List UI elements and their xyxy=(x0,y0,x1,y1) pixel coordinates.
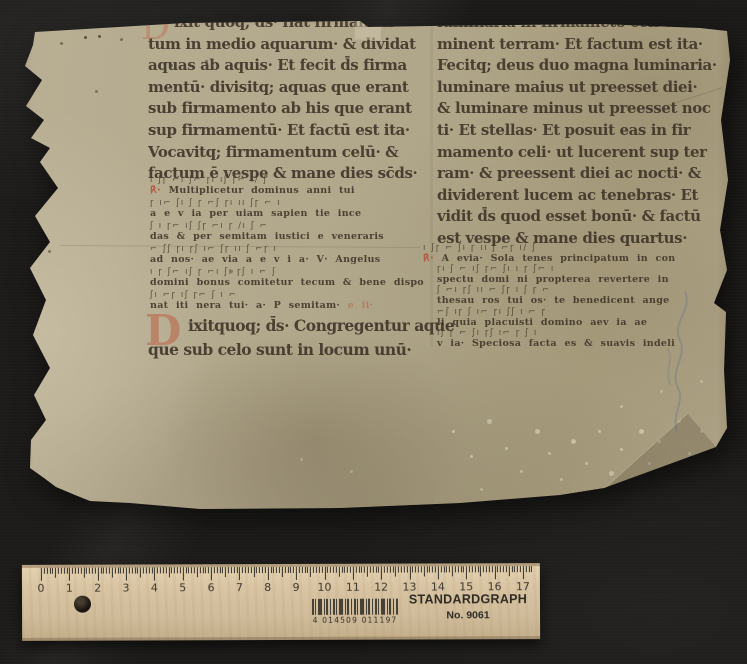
ruler-tick xyxy=(469,566,470,572)
wooden-ruler: 01234567891011121314151617 4 014509 0111… xyxy=(22,563,540,641)
ruler-tick xyxy=(208,567,209,573)
chant-text: thesau ros tui os· te benedicent ange xyxy=(437,295,669,306)
ruler-tick xyxy=(137,567,138,573)
ruler-tick xyxy=(197,567,198,577)
ruler-tick xyxy=(384,567,385,573)
ruler-cm-number: 8 xyxy=(264,581,271,594)
ruler-tick xyxy=(251,567,252,573)
ruler-tick xyxy=(336,567,337,573)
ruler-tick xyxy=(449,566,450,572)
ruler-tick xyxy=(171,567,172,573)
ruler-model-number: No. 9061 xyxy=(408,609,528,621)
ruler-tick xyxy=(460,566,461,572)
ruler-tick xyxy=(421,567,422,573)
ruler-tick xyxy=(219,567,220,573)
ruler-tick xyxy=(429,566,430,572)
ruler-tick xyxy=(330,567,331,573)
ruler-tick xyxy=(407,567,408,573)
neume-row: ʃ ⌐ı ɼʃ ıı ⌐ ʃɼ ı ʃ ɼ ⌐ xyxy=(437,286,669,295)
chant-line: ı ɼ ʃ⌐ ıʃ ɼ ⌐ı ʃı ɼʃ ı ⌐ ʃdomini bonus c… xyxy=(150,268,424,289)
ruler-cm-number: 4 xyxy=(151,581,158,594)
ruler-tick xyxy=(322,567,323,573)
chant-text: das & per semitam iustici e veneraris xyxy=(150,231,384,242)
ruler-tick xyxy=(432,566,433,572)
ruler-tick xyxy=(86,568,87,574)
ruler-tick xyxy=(259,567,260,573)
ruler-tick xyxy=(293,567,294,573)
ruler-cm-number: 5 xyxy=(179,581,186,594)
ruler-tick xyxy=(364,567,365,573)
ruler-tick xyxy=(98,568,99,581)
ruler-tick xyxy=(370,567,371,573)
ruler-tick xyxy=(409,567,410,580)
chant-line: ʃ ı ɼ⌐ ıʃ ʃɼ ⌐ı ɼ ∕ı ʃ ⌐das & per semita… xyxy=(150,222,384,243)
ruler-tick xyxy=(146,567,147,573)
ruler-tick xyxy=(183,567,184,580)
ruler-tick xyxy=(103,568,104,574)
marginal-inscription-pencil xyxy=(655,288,701,438)
ruler-tick xyxy=(531,566,532,572)
chant-text: Multiplicetur dominus anni tui xyxy=(169,185,355,196)
ruler-tick xyxy=(347,567,348,573)
ruler-tick xyxy=(438,566,439,579)
ruler-tick xyxy=(109,568,110,574)
ruler-tick xyxy=(126,568,127,581)
ruler-tick xyxy=(185,567,186,573)
manuscript-line: ram· & preessent diei ac nocti· & xyxy=(437,164,701,182)
ruler-tick xyxy=(222,567,223,573)
manuscript-line: & luminare minus ut preesset noc xyxy=(437,99,711,117)
chant-line: ʃ ⌐ı ɼʃ ıı ⌐ ʃɼ ı ʃ ɼ ⌐thesau ros tui os… xyxy=(437,286,669,307)
ruler-tick xyxy=(143,567,144,573)
ruler-tick xyxy=(163,567,164,573)
ruler-tick xyxy=(188,567,189,573)
ruler-tick xyxy=(285,567,286,573)
ruler-tick xyxy=(302,567,303,573)
manuscript-line: minent terram· Et factum est ita· xyxy=(437,35,703,53)
neume-row: ı ɼ ʃ⌐ ıʃ ɼ ⌐ı ʃı ɼʃ ı ⌐ ʃ xyxy=(150,268,424,277)
tape-fragment xyxy=(354,18,381,40)
chant-line: ıʃ ɼ ⌐ ʃı ɼʃ ı⌐ ɼ ʃ ıv ia· Speciosa fact… xyxy=(437,329,675,350)
ruler-cm-number: 2 xyxy=(94,582,101,595)
chant-text-line: domini bonus comitetur tecum & bene disp… xyxy=(150,277,424,289)
ruler-tick xyxy=(234,567,235,573)
ruler-tick xyxy=(123,568,124,574)
ruler-tick xyxy=(520,566,521,572)
manuscript-line: sub firmamento ab his que erant xyxy=(148,99,412,117)
chant-text-line: ad nos· ae via a e v i a· V· Angelus xyxy=(150,254,380,266)
ruler-tick xyxy=(69,568,70,581)
ruler-tick xyxy=(452,566,453,576)
ruler-tick xyxy=(200,567,201,573)
manuscript-line: sup firmamentū· Et factū est ita· xyxy=(148,121,410,139)
manuscript-line: Vocavitq; firmamentum celū· & xyxy=(148,143,398,161)
ruler-tick xyxy=(500,566,501,572)
ruler-tick xyxy=(310,567,311,577)
barcode xyxy=(312,599,398,615)
ruler-tick xyxy=(353,567,354,580)
manuscript-line: que sub celo sunt in locum unū· xyxy=(148,340,411,359)
barcode-number: 4 014509 011197 xyxy=(304,616,406,625)
ruler-tick xyxy=(117,568,118,574)
ruler-tick xyxy=(166,567,167,573)
ruler-tick xyxy=(523,566,524,579)
ruler-brand-label: STANDARDGRAPH xyxy=(408,592,528,606)
ruler-tick xyxy=(149,567,150,573)
ruler-cm-number: 7 xyxy=(236,581,243,594)
chant-text: v ia· Speciosa facta es & suavis indeli xyxy=(437,338,675,349)
ruler-tick xyxy=(61,568,62,574)
manuscript-line: Fecitq; deus duo magna luminaria· xyxy=(437,56,717,74)
ruler-tick xyxy=(375,567,376,573)
ruler-tick xyxy=(75,568,76,574)
ruler-tick xyxy=(486,566,487,572)
ruler-tick xyxy=(95,568,96,574)
chant-line: ı ʃɼ ⌐ ʃı ɼ ıı ʃ ⌐ɼ ı∕ ʃ℟· A evia· Sola … xyxy=(423,244,675,265)
ruler-tick xyxy=(324,567,325,580)
ruler-tick xyxy=(205,567,206,573)
neume-row: ⌐ʃ ıɼ ʃ ı⌐ ɼı ʃʃ ı ⌐ ɼ xyxy=(437,308,647,317)
ruler-tick xyxy=(168,567,169,577)
chant-line: ʃı ⌐ɼ ıʃ ɼ⌐ ʃ ı ⌐nat iti nera tui· a· P … xyxy=(150,291,373,312)
chant-text-line: li quia placuisti domino aev ia ae xyxy=(437,317,647,329)
ruler-tick xyxy=(120,568,121,574)
ruler-tick xyxy=(415,567,416,573)
ruler-tick xyxy=(333,567,334,573)
chant-text: spectu domi ni propterea revertere in xyxy=(437,274,669,285)
ruler-tick xyxy=(47,568,48,574)
ruler-tick xyxy=(358,567,359,573)
ruler-cm-number: 10 xyxy=(317,581,331,594)
ruler-tick xyxy=(151,567,152,573)
ruler-tick xyxy=(66,568,67,574)
ruler-tick xyxy=(58,568,59,574)
ruler-tick xyxy=(313,567,314,573)
chant-text: ad nos· ae via a e v i a· V· Angelus xyxy=(150,254,380,265)
ruler-tick xyxy=(180,567,181,573)
ruler-tick xyxy=(299,567,300,573)
ruler-tick xyxy=(288,567,289,573)
ruler-tick xyxy=(418,567,419,573)
ruler-tick xyxy=(458,566,459,572)
ruler-tick xyxy=(392,567,393,573)
ruler-tick xyxy=(115,568,116,574)
ruler-tick xyxy=(463,566,464,572)
ruler-tick xyxy=(129,568,130,574)
ruler-tick xyxy=(157,567,158,573)
ruler-tick xyxy=(242,567,243,573)
manuscript-line: vidit d̄s quod esset bonū· & factū xyxy=(437,207,701,225)
ruler-tick xyxy=(174,567,175,573)
ruler-tick xyxy=(92,568,93,574)
ruler-tick xyxy=(475,566,476,572)
ruler-tick xyxy=(404,567,405,573)
chant-text-line: das & per semitam iustici e veneraris xyxy=(150,231,384,243)
chant-text-line: ℟· Multiplicetur dominus anni tui xyxy=(150,185,355,197)
ruler-tick xyxy=(268,567,269,580)
ruler-tick xyxy=(228,567,229,573)
ruler-tick xyxy=(305,567,306,573)
ruler-cm-number: 11 xyxy=(346,581,360,594)
ruler-tick xyxy=(477,566,478,572)
dark-speckles xyxy=(84,36,87,39)
manuscript-line: ixitquoq; d̄s· Congregentur aque xyxy=(148,316,454,335)
ruler-tick xyxy=(356,567,357,573)
white-speckles xyxy=(452,430,455,433)
chant-line: ⌐ ʃʃ ɼı ɼʃ ı⌐ ʃɼ ıı ʃ ⌐ɼ ıad nos· ae via… xyxy=(150,245,380,266)
ruler-tick xyxy=(489,566,490,572)
ruler-tick xyxy=(106,568,107,574)
ruler-tick xyxy=(154,567,155,580)
ruler-tick xyxy=(140,567,141,577)
chant-line: ⌐ʃ ıɼ ʃ ı⌐ ɼı ʃʃ ı ⌐ ɼli quia placuisti … xyxy=(437,308,647,329)
chant-text: a e v ia per uiam sapien tie ince xyxy=(150,208,361,219)
chant-text-line: ℟· A evia· Sola tenes principatum in con xyxy=(423,253,675,265)
ruler-tick xyxy=(236,567,237,573)
ruler-tick xyxy=(194,567,195,573)
ruler-tick xyxy=(134,568,135,574)
manuscript-line: aquas ab aquis· Et fecit d̄s firma xyxy=(148,56,407,74)
ruler-tick xyxy=(256,567,257,573)
ruler-tick xyxy=(296,567,297,580)
chant-line: ɼı ʃ ⌐ ıʃ ɼ⌐ ʃı ı ɼ ʃ⌐ ıspectu domi ni p… xyxy=(437,265,669,286)
ruler-tick xyxy=(509,566,510,576)
ruler-tick xyxy=(290,567,291,573)
manuscript-line: ti· Et stellas· Et posuit eas in fir xyxy=(437,121,690,139)
ruler-cm-number: 1 xyxy=(66,582,73,595)
ruler-tick xyxy=(492,566,493,572)
ruler-tick xyxy=(273,567,274,573)
ruler-tick xyxy=(248,567,249,573)
ruler-tick xyxy=(245,567,246,573)
ruler-tick xyxy=(49,568,50,574)
ruler-tick xyxy=(466,566,467,579)
ruler-tick xyxy=(307,567,308,573)
ruler-tick xyxy=(373,567,374,573)
ruler-tick xyxy=(503,566,504,572)
ruler-tick xyxy=(64,568,65,574)
ruler-tick xyxy=(398,567,399,573)
ruler-tick xyxy=(387,567,388,573)
ruler-tick xyxy=(225,567,226,577)
ruler-tick xyxy=(424,566,425,576)
ruler-tick xyxy=(217,567,218,573)
ruler-tick xyxy=(177,567,178,573)
ruler-tick xyxy=(160,567,161,573)
ruler-tick xyxy=(100,568,101,574)
ruler-tick xyxy=(441,566,442,572)
neume-row: ɼı ʃ ⌐ ıʃ ɼ⌐ ʃı ı ɼ ʃ⌐ ı xyxy=(437,265,669,274)
ruler-tick xyxy=(271,567,272,573)
ruler-tick xyxy=(339,567,340,577)
neume-row: ıʃ ɼ ⌐ ʃı ɼʃ ı⌐ ɼ ʃ ı xyxy=(437,329,675,338)
ruler-tick xyxy=(231,567,232,573)
ruler-tick xyxy=(214,567,215,573)
chant-line: ı ʃɼ ⌐ı ʃ⌐ ɼı ıʃ ɼ⌐ ı∕ ʃ℟· Multiplicetur… xyxy=(150,176,355,197)
chant-text: li quia placuisti domino aev ia ae xyxy=(437,317,647,328)
ruler-cm-number: 6 xyxy=(208,581,215,594)
ruler-tick xyxy=(72,568,73,574)
ruler-tick xyxy=(211,567,212,580)
chant-text-line: spectu domi ni propterea revertere in xyxy=(437,274,669,286)
ruler-tick xyxy=(316,567,317,573)
chant-text-line: nat iti nera tui· a· P semitam· e ii· xyxy=(150,300,373,312)
chant-line: ɼ ı⌐ ʃı ʃ ɼ ⌐ʃ ɼı ıı ʃɼ ⌐ ıa e v ia per … xyxy=(150,199,361,220)
ruler-tick xyxy=(390,567,391,573)
ruler-tick xyxy=(319,567,320,573)
ruler-tick xyxy=(514,566,515,572)
neume-row: ɼ ı⌐ ʃı ʃ ɼ ⌐ʃ ɼı ıı ʃɼ ⌐ ı xyxy=(150,199,361,208)
ruler-tick xyxy=(202,567,203,573)
ruler-tick xyxy=(78,568,79,574)
ruler-tick xyxy=(528,566,529,572)
ruler-tick xyxy=(83,568,84,578)
photo-of-manuscript-leaf: D ixit quoq; d̄s· fiat firmamentum in me… xyxy=(0,0,747,664)
manuscript-line: dividerent lucem ac tenebras· Et xyxy=(437,186,698,204)
chant-text-line: v ia· Speciosa facta es & suavis indeli xyxy=(437,338,675,350)
ruler-tick xyxy=(443,566,444,572)
ruler-tick xyxy=(262,567,263,573)
ruler-cm-number: 9 xyxy=(293,581,300,594)
ruler-tick xyxy=(446,566,447,572)
ruler-tick xyxy=(41,568,42,581)
ruler-tick xyxy=(506,566,507,572)
neume-row: ı ʃɼ ⌐ı ʃ⌐ ɼı ıʃ ɼ⌐ ı∕ ʃ xyxy=(150,176,355,185)
ruler-tick xyxy=(55,568,56,578)
ruler-tick xyxy=(426,566,427,572)
manuscript-line: mamento celi· ut lucerent sup ter xyxy=(437,143,707,161)
ruler-tick xyxy=(480,566,481,576)
ruler-tick xyxy=(511,566,512,572)
ruler-tick xyxy=(494,566,495,579)
ruler-tick xyxy=(279,567,280,573)
ruler-tick xyxy=(455,566,456,572)
chant-text: A evia· Sola tenes principatum in con xyxy=(442,253,676,264)
ruler-tick xyxy=(191,567,192,573)
ruler-tick xyxy=(497,566,498,572)
ruler-tick xyxy=(344,567,345,573)
ruler-tick xyxy=(276,567,277,573)
neume-row: ʃ ı ɼ⌐ ıʃ ʃɼ ⌐ı ɼ ∕ı ʃ ⌐ xyxy=(150,222,384,231)
ruler-tick xyxy=(361,567,362,573)
ruler-cm-number: 0 xyxy=(37,582,44,595)
ruler-tick xyxy=(239,567,240,580)
column-gutter-shade xyxy=(430,16,433,346)
ruler-tick xyxy=(112,568,113,578)
ruler-tick xyxy=(412,567,413,573)
ruler-cm-number: 12 xyxy=(374,581,388,594)
ruler-hanging-hole xyxy=(74,596,91,613)
ruler-tick xyxy=(378,567,379,573)
ruler-tick xyxy=(350,567,351,573)
neume-row: ı ʃɼ ⌐ ʃı ɼ ıı ʃ ⌐ɼ ı∕ ʃ xyxy=(423,244,675,253)
ruler-tick xyxy=(367,567,368,577)
ruler-tick xyxy=(52,568,53,574)
ruler-tick xyxy=(44,568,45,574)
ruler-tick xyxy=(81,568,82,574)
manuscript-line: luminaria in firmamēto celi & illu xyxy=(437,13,708,31)
ruler-tick xyxy=(435,566,436,572)
ruler-tick xyxy=(89,568,90,574)
manuscript-line: mentū· divisitq; aquas que erant xyxy=(148,78,408,96)
ruler-tick xyxy=(341,567,342,573)
ruler-tick xyxy=(472,566,473,572)
ruler-tick xyxy=(401,567,402,573)
ruler-tick xyxy=(327,567,328,573)
responsory-rubric-mark: ℟· xyxy=(150,185,161,196)
chant-text: domini bonus comitetur tecum & bene disp… xyxy=(150,277,424,288)
ruler-cm-number: 3 xyxy=(122,582,129,595)
chant-text-line: a e v ia per uiam sapien tie ince xyxy=(150,208,361,220)
ruler-tick xyxy=(517,566,518,572)
ruler-tick xyxy=(381,567,382,580)
ruler-tick xyxy=(254,567,255,577)
chant-text-line: thesau ros tui os· te benedicent ange xyxy=(437,295,669,307)
faded-red-suffix: e ii· xyxy=(348,300,373,311)
neume-row: ʃı ⌐ɼ ıʃ ɼ⌐ ʃ ı ⌐ xyxy=(150,291,373,300)
ruler-tick xyxy=(132,568,133,574)
ruler-tick xyxy=(265,567,266,573)
manuscript-line: luminare maius ut preesset diei· xyxy=(437,78,697,96)
ruler-tick xyxy=(483,566,484,572)
ruler-tick xyxy=(526,566,527,572)
ruler-tick xyxy=(282,567,283,577)
ruler-tick xyxy=(395,567,396,577)
